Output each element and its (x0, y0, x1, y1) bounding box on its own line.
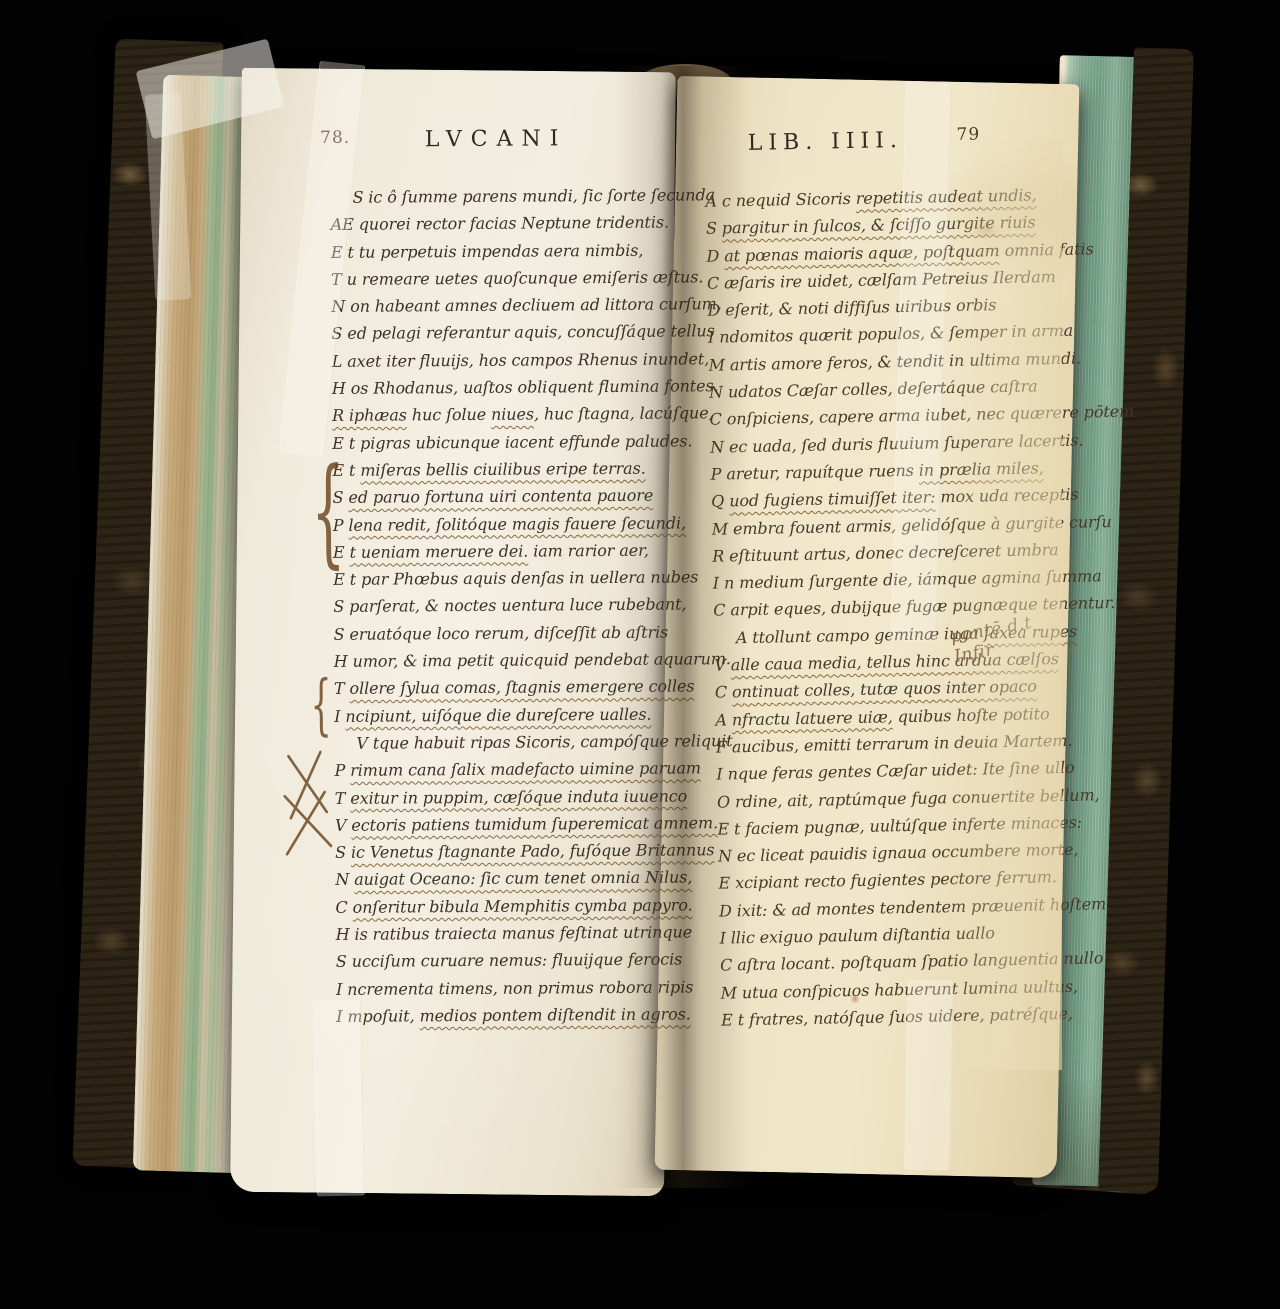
verse-line: T u remeare uetes quoſcunque emiſeris æſ… (319, 263, 675, 293)
verse-line: S ed paruo fortuna uiri contenta pauore (321, 482, 677, 512)
verse-line: I mpoſuit, medios pontem diſtendit in ag… (324, 1000, 680, 1030)
photo-background: 78. LVCANI S ic ô ſumme parens mundi, ſi… (0, 0, 1280, 1309)
verse-line: P lena redit, ſolitóque magis fauere ſec… (321, 509, 677, 539)
large-margin-brace: { (311, 452, 346, 570)
cross-marks-annotation (276, 750, 335, 860)
verse-line: S parſerat, & noctes uentura luce rubeba… (321, 591, 677, 621)
verse-line: AE quorei rector facias Neptune tridenti… (319, 209, 675, 239)
verse-line: I ncipiunt, uiſóque die dureſcere ualles… (322, 700, 678, 730)
verse-line: S ic Venetus ſtagnante Pado, fuſóque Bri… (323, 837, 679, 867)
verse-line: E t ueniam meruere dei. iam rarior aer, (321, 536, 677, 566)
small-margin-brace: { (310, 672, 331, 738)
verse-line: H os Rhodanus, uaſtos obliquent flumina … (320, 373, 676, 403)
verse-line: E t miſeras bellis ciuilibus eripe terra… (320, 454, 676, 484)
verse-line: E t pigras ubicunque iacent effunde palu… (320, 427, 676, 457)
verse-line: S ucciſum curuare nemus: fluuijque feroc… (324, 946, 680, 976)
verse-line: S eruatóque loco rerum, diſceſſit ab aſt… (321, 618, 677, 648)
verse-line: N on habeant amnes decliuem ad littora c… (319, 291, 675, 321)
left-page-text-column: 78. LVCANI S ic ô ſumme parens mundi, ſi… (318, 120, 674, 153)
verse-line: C onſeritur bibula Memphitis cymba papyr… (323, 891, 679, 921)
verse-line: E t par Phœbus aquis denſas in uellera n… (321, 564, 677, 594)
verse-line: S ed pelagi referantur aquis, concuſſáqu… (319, 318, 675, 348)
right-page-verse-lines: A c nequid Sicoris repetitis audeat undi… (693, 181, 1061, 1034)
verse-line: L axet iter fluuijs, hos campos Rhenus i… (320, 345, 676, 375)
verse-line: T ollere ſylua comas, ſtagnis emergere c… (322, 673, 678, 703)
verse-line: V tque habuit ripas Sicoris, campóſque r… (322, 727, 678, 757)
verse-line: V ectoris patiens tumidum ſuperemicat am… (323, 809, 679, 839)
verse-line: R iphæas huc ſolue niues, huc ſtagna, la… (320, 400, 676, 430)
verse-line: H is ratibus traiecta manus feſtinat utr… (324, 919, 680, 949)
verse-line: P rimum cana ſalix madefacto uimine paru… (322, 755, 678, 785)
verse-line: N auigat Oceano: ſic cum tenet omnia Nil… (323, 864, 679, 894)
verse-line: S ic ô ſumme parens mundi, ſic ſorte ſec… (318, 182, 674, 212)
verse-line: E t tu perpetuis impendas aera nimbis, (319, 236, 675, 266)
verse-line: T exitur in puppim, cæſóque induta iuuen… (323, 782, 679, 812)
verse-line: I ncrementa timens, non primus robora ri… (324, 973, 680, 1003)
running-title-left: LVCANI (318, 126, 674, 153)
left-page-verse-lines: S ic ô ſumme parens mundi, ſic ſorte ſec… (318, 182, 680, 1031)
page-number-left: 78. (320, 128, 350, 148)
verse-line: H umor, & ima petit quicquid pendebat aq… (322, 646, 678, 676)
